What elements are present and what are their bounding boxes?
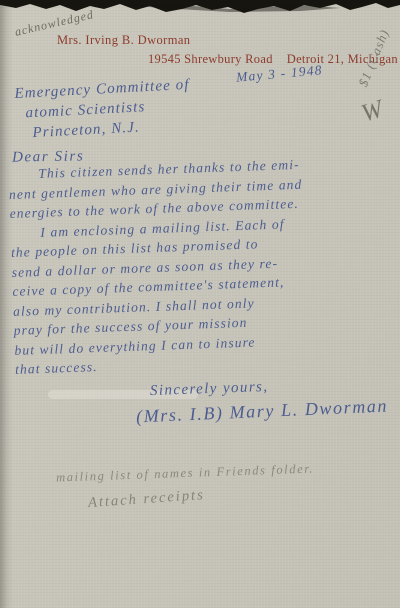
letter-body: This citizen sends her thanks to the emi… — [8, 151, 400, 379]
paper-left-shadow — [0, 0, 13, 608]
letterhead-address: 19545 Shrewbury Road Detroit 21, Michiga… — [148, 52, 398, 67]
letterhead-name: Mrs. Irving B. Dworman — [57, 33, 190, 48]
recipient-address-block: Emergency Committee of atomic Scientists… — [14, 75, 192, 144]
letterhead-street: 19545 Shrewbury Road — [148, 52, 273, 67]
